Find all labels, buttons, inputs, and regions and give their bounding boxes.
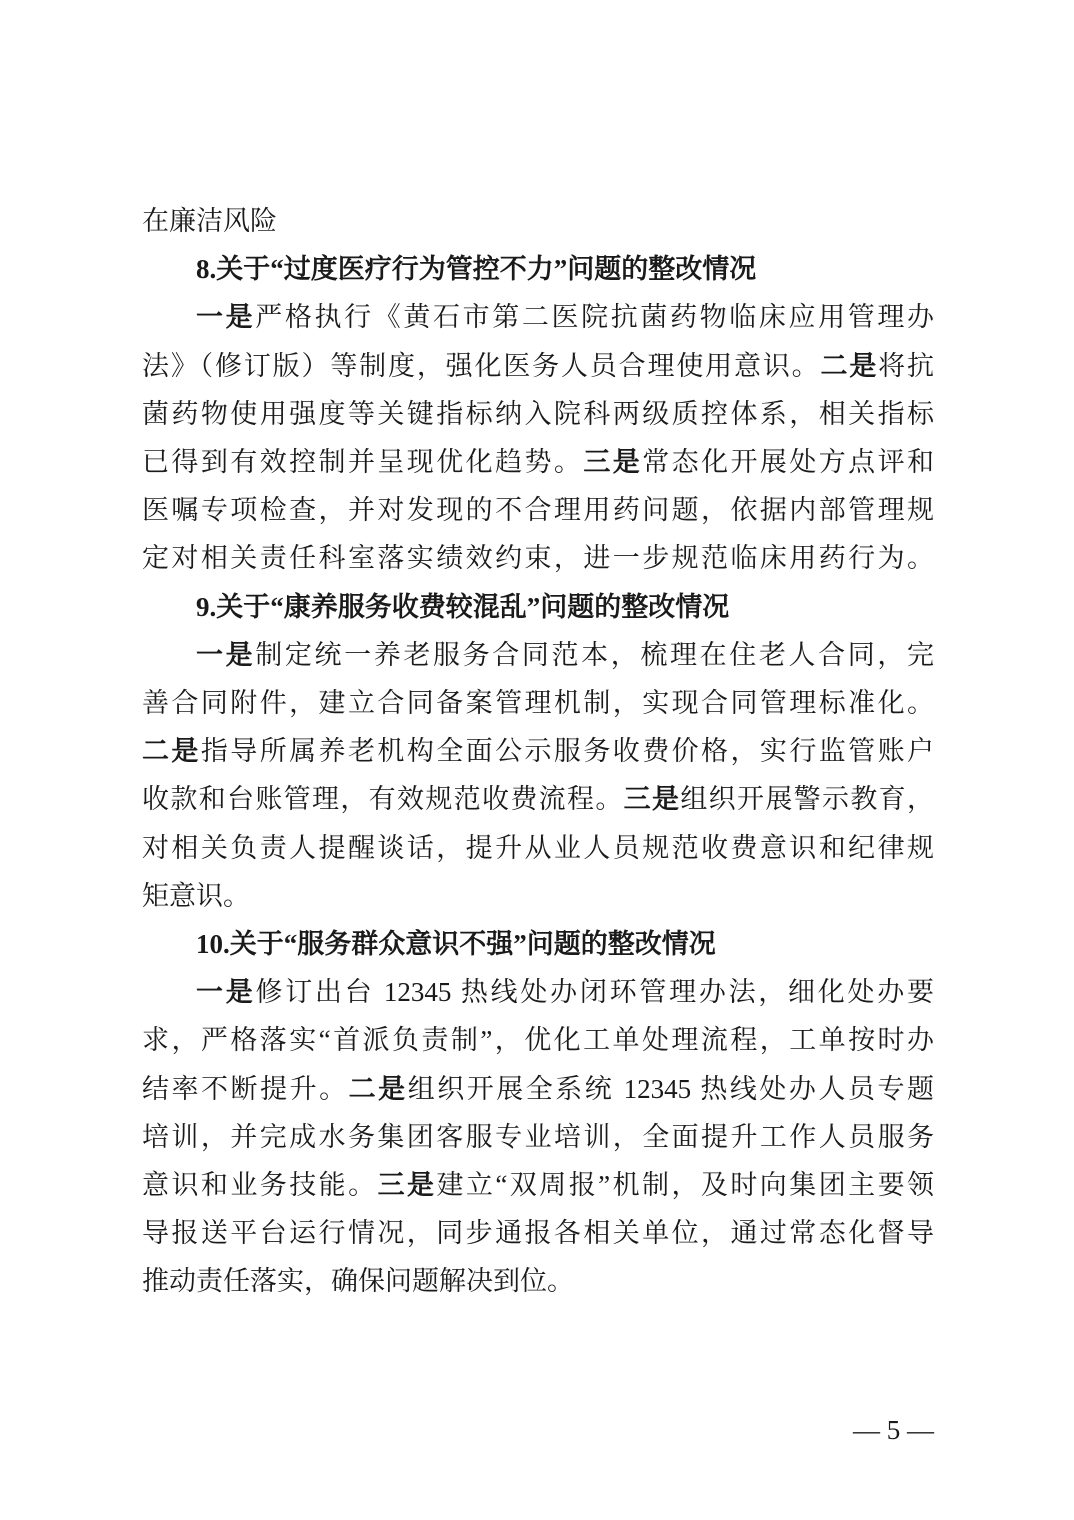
continuation-line: 在廉洁风险 <box>142 197 934 245</box>
text-run: 建立“双周报”机制，及时向集团主要领 <box>436 1170 934 1200</box>
text-run: 将抗 <box>878 351 934 381</box>
sections-container: 8.关于“过度医疗行为管控不力”问题的整改情况一是严格执行《黄石市第二医院抗菌药… <box>142 245 934 1305</box>
text-run: 意识和业务技能。 <box>142 1170 378 1200</box>
text-run: 对相关负责人提醒谈话，提升从业人员规范收费意识和纪律规 <box>142 833 934 863</box>
text-run: 常态化开展处方点评和 <box>642 447 934 477</box>
text-run: 求，严格落实“首派负责制”，优化工单处理流程，工单按时办 <box>142 1025 934 1055</box>
emphasis-run: 一是 <box>196 977 255 1007</box>
text-run: 修订出台 12345 热线处办闭环管理办法，细化处办要 <box>255 977 934 1007</box>
text-line: 一是制定统一养老服务合同范本，梳理在住老人合同，完 <box>142 631 934 679</box>
text-line: 矩意识。 <box>142 872 934 920</box>
text-run: 严格执行《黄石市第二医院抗菌药物临床应用管理办 <box>255 302 934 332</box>
text-run: 组织开展全系统 12345 热线处办人员专题 <box>408 1074 934 1104</box>
text-line: 结率不断提升。二是组织开展全系统 12345 热线处办人员专题 <box>142 1065 934 1113</box>
text-line: 医嘱专项检查，并对发现的不合理用药问题，依据内部管理规 <box>142 486 934 534</box>
text-line: 二是指导所属养老机构全面公示服务收费价格，实行监管账户 <box>142 727 934 775</box>
text-line: 导报送平台运行情况，同步通报各相关单位，通过常态化督导 <box>142 1209 934 1257</box>
emphasis-run: 三是 <box>378 1170 437 1200</box>
text-run: 善合同附件，建立合同备案管理机制，实现合同管理标准化。 <box>142 688 934 718</box>
emphasis-run: 三是 <box>583 447 642 477</box>
text-line: 推动责任落实，确保问题解决到位。 <box>142 1257 934 1305</box>
text-run: 导报送平台运行情况，同步通报各相关单位，通过常态化督导 <box>142 1218 934 1248</box>
text-line: 已得到有效控制并呈现优化趋势。三是常态化开展处方点评和 <box>142 438 934 486</box>
text-run: 矩意识。 <box>142 881 250 911</box>
text-run: 组织开展警示教育， <box>680 784 934 814</box>
text-line: 培训，并完成水务集团客服专业培训，全面提升工作人员服务 <box>142 1113 934 1161</box>
text-line: 意识和业务技能。三是建立“双周报”机制，及时向集团主要领 <box>142 1161 934 1209</box>
text-line: 收款和台账管理，有效规范收费流程。三是组织开展警示教育， <box>142 775 934 823</box>
text-run: 结率不断提升。 <box>142 1074 349 1104</box>
document-page: 在廉洁风险 8.关于“过度医疗行为管控不力”问题的整改情况一是严格执行《黄石市第… <box>0 0 1074 1520</box>
text-run: 法》（修订版）等制度，强化医务人员合理使用意识。 <box>142 351 821 381</box>
text-line: 法》（修订版）等制度，强化医务人员合理使用意识。二是将抗 <box>142 342 934 390</box>
text-run: 医嘱专项检查，并对发现的不合理用药问题，依据内部管理规 <box>142 495 934 525</box>
emphasis-run: 二是 <box>821 351 879 381</box>
text-line: 定对相关责任科室落实绩效约束，进一步规范临床用药行为。 <box>142 534 934 582</box>
text-line: 善合同附件，建立合同备案管理机制，实现合同管理标准化。 <box>142 679 934 727</box>
emphasis-run: 一是 <box>196 302 255 332</box>
text-run: 培训，并完成水务集团客服专业培训，全面提升工作人员服务 <box>142 1122 934 1152</box>
text-run: 定对相关责任科室落实绩效约束，进一步规范临床用药行为。 <box>142 543 934 573</box>
text-run: 已得到有效控制并呈现优化趋势。 <box>142 447 583 477</box>
emphasis-run: 一是 <box>196 640 255 670</box>
text-run: 制定统一养老服务合同范本，梳理在住老人合同，完 <box>255 640 934 670</box>
text-line: 菌药物使用强度等关键指标纳入院科两级质控体系，相关指标 <box>142 390 934 438</box>
text-run: 收款和台账管理，有效规范收费流程。 <box>142 784 624 814</box>
section-heading: 10.关于“服务群众意识不强”问题的整改情况 <box>142 920 934 968</box>
emphasis-run: 二是 <box>142 736 201 766</box>
document-body: 在廉洁风险 8.关于“过度医疗行为管控不力”问题的整改情况一是严格执行《黄石市第… <box>142 197 934 1306</box>
text-line: 求，严格落实“首派负责制”，优化工单处理流程，工单按时办 <box>142 1016 934 1064</box>
text-line: 对相关负责人提醒谈话，提升从业人员规范收费意识和纪律规 <box>142 824 934 872</box>
text-run: 推动责任落实，确保问题解决到位。 <box>142 1266 574 1296</box>
section-heading: 8.关于“过度医疗行为管控不力”问题的整改情况 <box>142 245 934 293</box>
text-line: 一是修订出台 12345 热线处办闭环管理办法，细化处办要 <box>142 968 934 1016</box>
text-run: 菌药物使用强度等关键指标纳入院科两级质控体系，相关指标 <box>142 399 934 429</box>
emphasis-run: 二是 <box>349 1074 408 1104</box>
emphasis-run: 三是 <box>624 784 681 814</box>
section-heading: 9.关于“康养服务收费较混乱”问题的整改情况 <box>142 583 934 631</box>
text-line: 一是严格执行《黄石市第二医院抗菌药物临床应用管理办 <box>142 293 934 341</box>
page-number: — 5 — <box>142 1410 934 1450</box>
text-run: 指导所属养老机构全面公示服务收费价格，实行监管账户 <box>201 736 934 766</box>
